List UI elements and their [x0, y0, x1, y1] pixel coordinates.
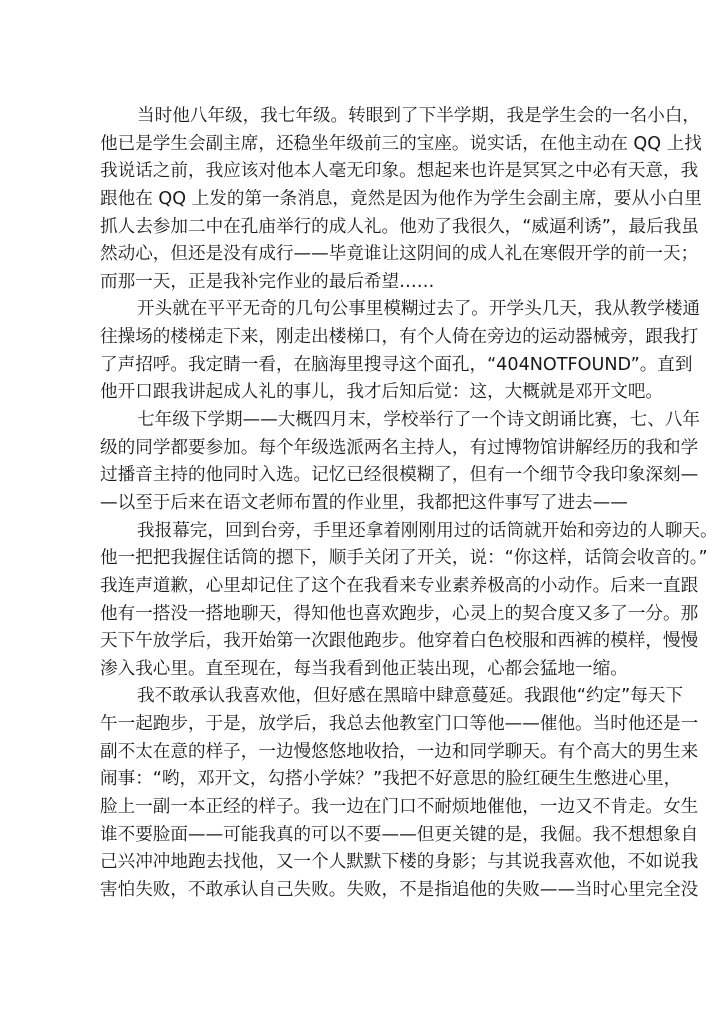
- text-line: 他一把把我握住话筒的摁下，顺手关闭了开关，说：“你这样，话筒会收音的。”: [100, 545, 666, 573]
- paragraph-4: 我报幕完，回到台旁，手里还拿着刚刚用过的话筒就开始和旁边的人聊天。 他一把把我握…: [100, 518, 666, 684]
- text-line: 而那一天，正是我补完作业的最后希望……: [100, 269, 666, 297]
- text-line: 我报幕完，回到台旁，手里还拿着刚刚用过的话筒就开始和旁边的人聊天。: [100, 518, 666, 546]
- text-line: 跟他在 QQ 上发的第一条消息，竟然是因为他作为学生会副主席，要从小白里: [100, 186, 666, 214]
- text-line: 我不敢承认我喜欢他，但好感在黑暗中肆意蔓延。我跟他“约定”每天下: [100, 683, 666, 711]
- text-line: 他已是学生会副主席，还稳坐年级前三的宝座。说实话，在他主动在 QQ 上找: [100, 131, 666, 159]
- text-line: 他有一搭没一搭地聊天，得知他也喜欢跑步，心灵上的契合度又多了一分。那: [100, 601, 666, 629]
- text-line: 七年级下学期——大概四月末，学校举行了一个诗文朗诵比赛，七、八年: [100, 407, 666, 435]
- text-line: —以至于后来在语文老师布置的作业里，我都把这件事写了进去——: [100, 490, 666, 518]
- text-line: 谁不要脸面——可能我真的可以不要——但更关键的是，我倔。我不想想象自: [100, 822, 666, 850]
- text-line: 往操场的楼梯走下来，刚走出楼梯口，有个人倚在旁边的运动器械旁，跟我打: [100, 324, 666, 352]
- text-line: 他开口跟我讲起成人礼的事儿，我才后知后觉：这，大概就是邓开文吧。: [100, 379, 666, 407]
- text-line: 闹事：“哟，邓开文，勾搭小学妹？”我把不好意思的脸红硬生生憋进心里，: [100, 766, 666, 794]
- paragraph-2: 开头就在平平无奇的几句公事里模糊过去了。开学头几天，我从教学楼通 往操场的楼梯走…: [100, 296, 666, 407]
- text-line: 当时他八年级，我七年级。转眼到了下半学期，我是学生会的一名小白，: [100, 103, 666, 131]
- text-line: 了声招呼。我定睛一看，在脑海里搜寻这个面孔，“404NOTFOUND”。直到: [100, 352, 666, 380]
- text-line: 级的同学都要参加。每个年级选派两名主持人，有过博物馆讲解经历的我和学: [100, 435, 666, 463]
- text-line: 副不太在意的样子，一边慢悠悠地收拾，一边和同学聊天。有个高大的男生来: [100, 739, 666, 767]
- text-line: 我说话之前，我应该对他本人毫无印象。想起来也许是冥冥之中必有天意，我: [100, 158, 666, 186]
- text-line: 渗入我心里。直至现在，每当我看到他正装出现，心都会猛地一缩。: [100, 656, 666, 684]
- text-line: 己兴冲冲地跑去找他，又一个人默默下楼的身影；与其说我喜欢他，不如说我: [100, 849, 666, 877]
- text-line: 然动心，但还是没有成行——毕竟谁让这阴间的成人礼在寒假开学的前一天；: [100, 241, 666, 269]
- text-line: 我连声道歉，心里却记住了这个在我看来专业素养极高的小动作。后来一直跟: [100, 573, 666, 601]
- text-line: 午一起跑步，于是，放学后，我总去他教室门口等他——催他。当时他还是一: [100, 711, 666, 739]
- text-line: 害怕失败，不敢承认自己失败。失败，不是指追他的失败——当时心里完全没: [100, 877, 666, 905]
- text-line: 过播音主持的他同时入选。记忆已经很模糊了，但有一个细节令我印象深刻—: [100, 462, 666, 490]
- paragraph-5: 我不敢承认我喜欢他，但好感在黑暗中肆意蔓延。我跟他“约定”每天下 午一起跑步，于…: [100, 683, 666, 904]
- text-line: 脸上一副一本正经的样子。我一边在门口不耐烦地催他，一边又不肯走。女生: [100, 794, 666, 822]
- paragraph-3: 七年级下学期——大概四月末，学校举行了一个诗文朗诵比赛，七、八年 级的同学都要参…: [100, 407, 666, 518]
- text-line: 抓人去参加二中在孔庙举行的成人礼。他劝了我很久，“威逼利诱”，最后我虽: [100, 214, 666, 242]
- document-page: 当时他八年级，我七年级。转眼到了下半学期，我是学生会的一名小白， 他已是学生会副…: [100, 103, 666, 905]
- text-line: 开头就在平平无奇的几句公事里模糊过去了。开学头几天，我从教学楼通: [100, 296, 666, 324]
- paragraph-1: 当时他八年级，我七年级。转眼到了下半学期，我是学生会的一名小白， 他已是学生会副…: [100, 103, 666, 296]
- text-line: 天下午放学后，我开始第一次跟他跑步。他穿着白色校服和西裤的模样，慢慢: [100, 628, 666, 656]
